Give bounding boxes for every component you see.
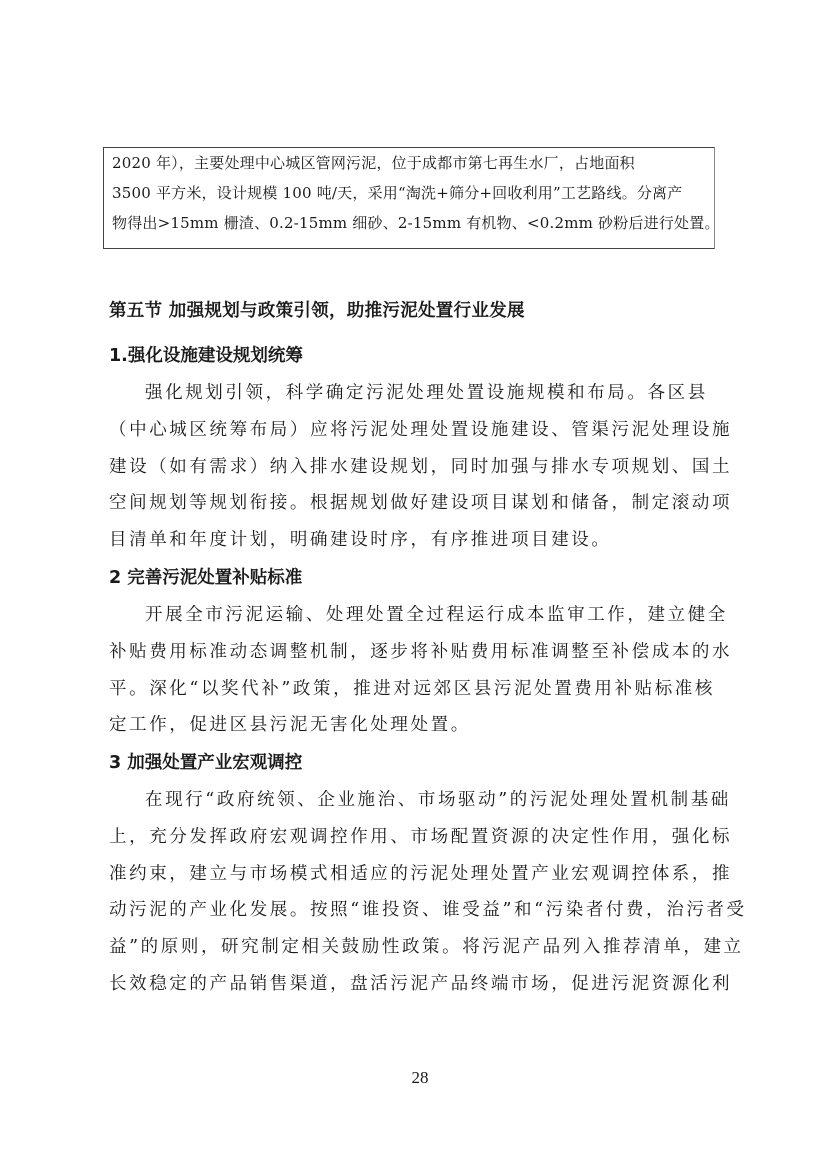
paragraph-line: 定工作，促进区县污泥无害化处理处置。 <box>109 707 719 744</box>
paragraph-line: 建设（如有需求）纳入排水建设规划，同时加强与排水专项规划、国土 <box>109 449 719 486</box>
subsection-heading-2: 2 完善污泥处置补贴标准 <box>109 564 302 589</box>
paragraph-3: 在现行“政府统领、企业施治、市场驱动”的污泥处理处置机制基础 上，充分发挥政府宏… <box>109 782 719 1003</box>
paragraph-line: 补贴费用标准动态调整机制，逐步将补贴费用标准调整至补偿成本的水 <box>109 634 719 671</box>
section-title: 第五节 加强规划与政策引领，助推污泥处置行业发展 <box>109 297 525 322</box>
paragraph-line: 空间规划等规划衔接。根据规划做好建设项目谋划和储备，制定滚动项 <box>109 485 719 522</box>
paragraph-line: 上，充分发挥政府宏观调控作用、市场配置资源的决定性作用，强化标 <box>109 819 719 856</box>
subsection-heading-1: 1.强化设施建设规划统筹 <box>109 342 303 367</box>
paragraph-line: 在现行“政府统领、企业施治、市场驱动”的污泥处理处置机制基础 <box>109 782 719 819</box>
boxed-note-line: 物得出>15mm 栅渣、0.2-15mm 细砂、2-15mm 有机物、<0.2m… <box>112 208 714 238</box>
paragraph-line: 益”的原则，研究制定相关鼓励性政策。将污泥产品列入推荐清单，建立 <box>109 929 719 966</box>
paragraph-line: 开展全市污泥运输、处理处置全过程运行成本监审工作，建立健全 <box>109 597 719 634</box>
boxed-note-line: 3500 平方米，设计规模 100 吨/天，采用“淘洗+筛分+回收利用”工艺路线… <box>112 178 714 208</box>
subsection-heading-3: 3 加强处置产业宏观调控 <box>109 749 302 774</box>
page-number: 28 <box>0 1068 826 1088</box>
paragraph-line: 长效稳定的产品销售渠道，盘活污泥产品终端市场，促进污泥资源化利 <box>109 966 719 1003</box>
paragraph-1: 强化规划引领，科学确定污泥处理处置设施规模和布局。各区县 （中心城区统筹布局）应… <box>109 375 719 559</box>
paragraph-line: 目清单和年度计划，明确建设时序，有序推进项目建设。 <box>109 522 719 559</box>
paragraph-line: 动污泥的产业化发展。按照“谁投资、谁受益”和“污染者付费，治污者受 <box>109 892 719 929</box>
paragraph-line: 平。深化“以奖代补”政策，推进对远郊区县污泥处置费用补贴标准核 <box>109 671 719 708</box>
boxed-note-line: 2020 年），主要处理中心城区管网污泥，位于成都市第七再生水厂，占地面积 <box>112 148 714 178</box>
paragraph-line: （中心城区统筹布局）应将污泥处理处置设施建设、管渠污泥处理设施 <box>109 412 719 449</box>
paragraph-2: 开展全市污泥运输、处理处置全过程运行成本监审工作，建立健全 补贴费用标准动态调整… <box>109 597 719 744</box>
document-page: 2020 年），主要处理中心城区管网污泥，位于成都市第七再生水厂，占地面积 35… <box>0 0 826 1169</box>
boxed-case-note: 2020 年），主要处理中心城区管网污泥，位于成都市第七再生水厂，占地面积 35… <box>103 147 715 249</box>
paragraph-line: 强化规划引领，科学确定污泥处理处置设施规模和布局。各区县 <box>109 375 719 412</box>
paragraph-line: 准约束，建立与市场模式相适应的污泥处理处置产业宏观调控体系，推 <box>109 856 719 893</box>
